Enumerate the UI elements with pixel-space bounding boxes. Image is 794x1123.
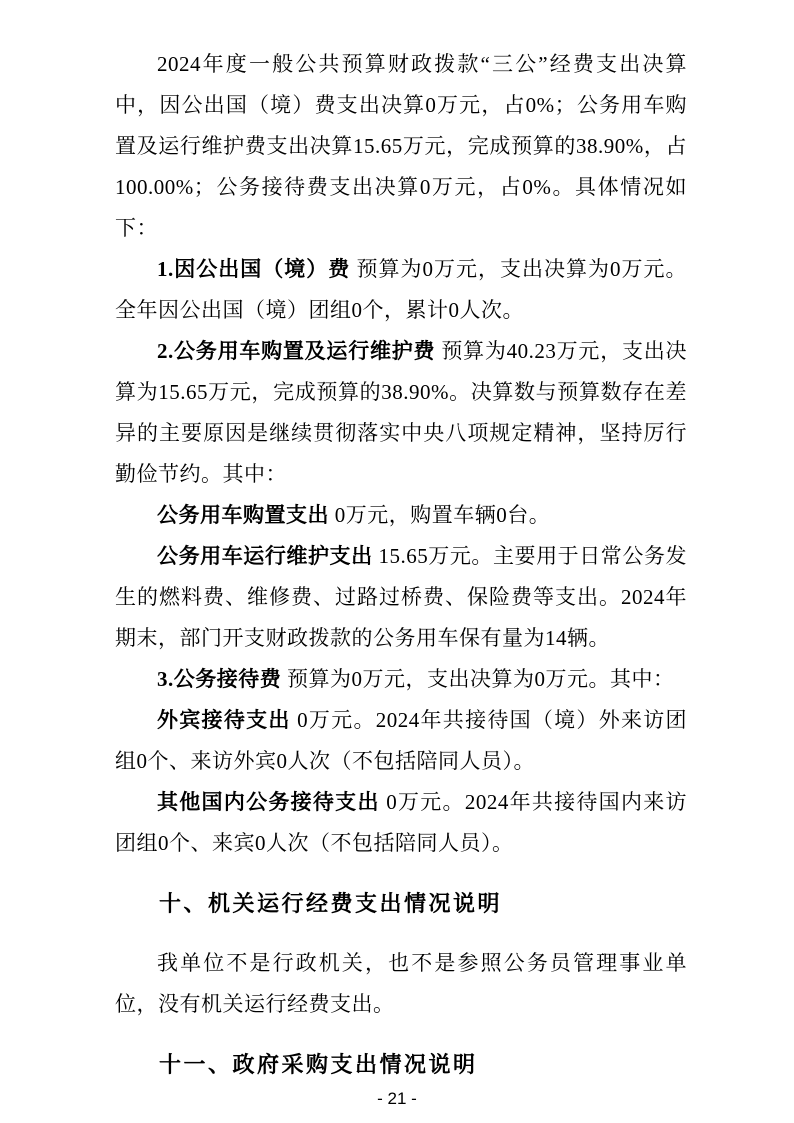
page-number: - 21 - <box>377 1089 417 1108</box>
summary-text: 2024年度一般公共预算财政拨款“三公”经费支出决算中，因公出国（境）费支出决算… <box>115 52 687 240</box>
domestic-reception-label: 其他国内公务接待支出 <box>157 790 380 814</box>
item-reception-fee-label: 3.公务接待费 <box>157 667 281 691</box>
document-content: 2024年度一般公共预算财政拨款“三公”经费支出决算中，因公出国（境）费支出决算… <box>115 44 687 1104</box>
paragraph-vehicle-maintenance: 公务用车运行维护支出 15.65万元。主要用于日常公务发生的燃料费、维修费、过路… <box>115 536 687 659</box>
item-vehicle-fee-label: 2.公务用车购置及运行维护费 <box>157 339 435 363</box>
page-footer: - 21 - <box>0 1089 794 1109</box>
paragraph-domestic-reception: 其他国内公务接待支出 0万元。2024年共接待国内来访团组0个、来宾0人次（不包… <box>115 782 687 864</box>
paragraph-foreign-guest-reception: 外宾接待支出 0万元。2024年共接待国（境）外来访团组0个、来访外宾0人次（不… <box>115 700 687 782</box>
paragraph-item-abroad-fee: 1.因公出国（境）费 预算为0万元，支出决算为0万元。全年因公出国（境）团组0个… <box>115 249 687 331</box>
section-heading-11: 十一、政府采购支出情况说明 <box>115 1044 687 1085</box>
item-abroad-fee-label: 1.因公出国（境）费 <box>157 257 350 281</box>
paragraph-vehicle-purchase: 公务用车购置支出 0万元，购置车辆0台。 <box>115 495 687 536</box>
document-page: 2024年度一般公共预算财政拨款“三公”经费支出决算中，因公出国（境）费支出决算… <box>0 0 794 1123</box>
paragraph-item-reception-fee: 3.公务接待费 预算为0万元，支出决算为0万元。其中： <box>115 659 687 700</box>
vehicle-purchase-label: 公务用车购置支出 <box>157 503 329 527</box>
vehicle-maintenance-label: 公务用车运行维护支出 <box>157 544 373 568</box>
paragraph-item-vehicle-fee: 2.公务用车购置及运行维护费 预算为40.23万元，支出决算为15.65万元，完… <box>115 331 687 495</box>
section-heading-10: 十、机关运行经费支出情况说明 <box>115 883 687 924</box>
vehicle-purchase-text: 0万元，购置车辆0台。 <box>329 503 550 527</box>
section10-body-text: 我单位不是行政机关，也不是参照公务员管理事业单位，没有机关运行经费支出。 <box>115 951 687 1016</box>
item-reception-fee-text: 预算为0万元，支出决算为0万元。其中： <box>281 667 674 691</box>
foreign-guest-reception-label: 外宾接待支出 <box>157 708 291 732</box>
paragraph-three-public-summary: 2024年度一般公共预算财政拨款“三公”经费支出决算中，因公出国（境）费支出决算… <box>115 44 687 249</box>
paragraph-section10-body: 我单位不是行政机关，也不是参照公务员管理事业单位，没有机关运行经费支出。 <box>115 943 687 1025</box>
